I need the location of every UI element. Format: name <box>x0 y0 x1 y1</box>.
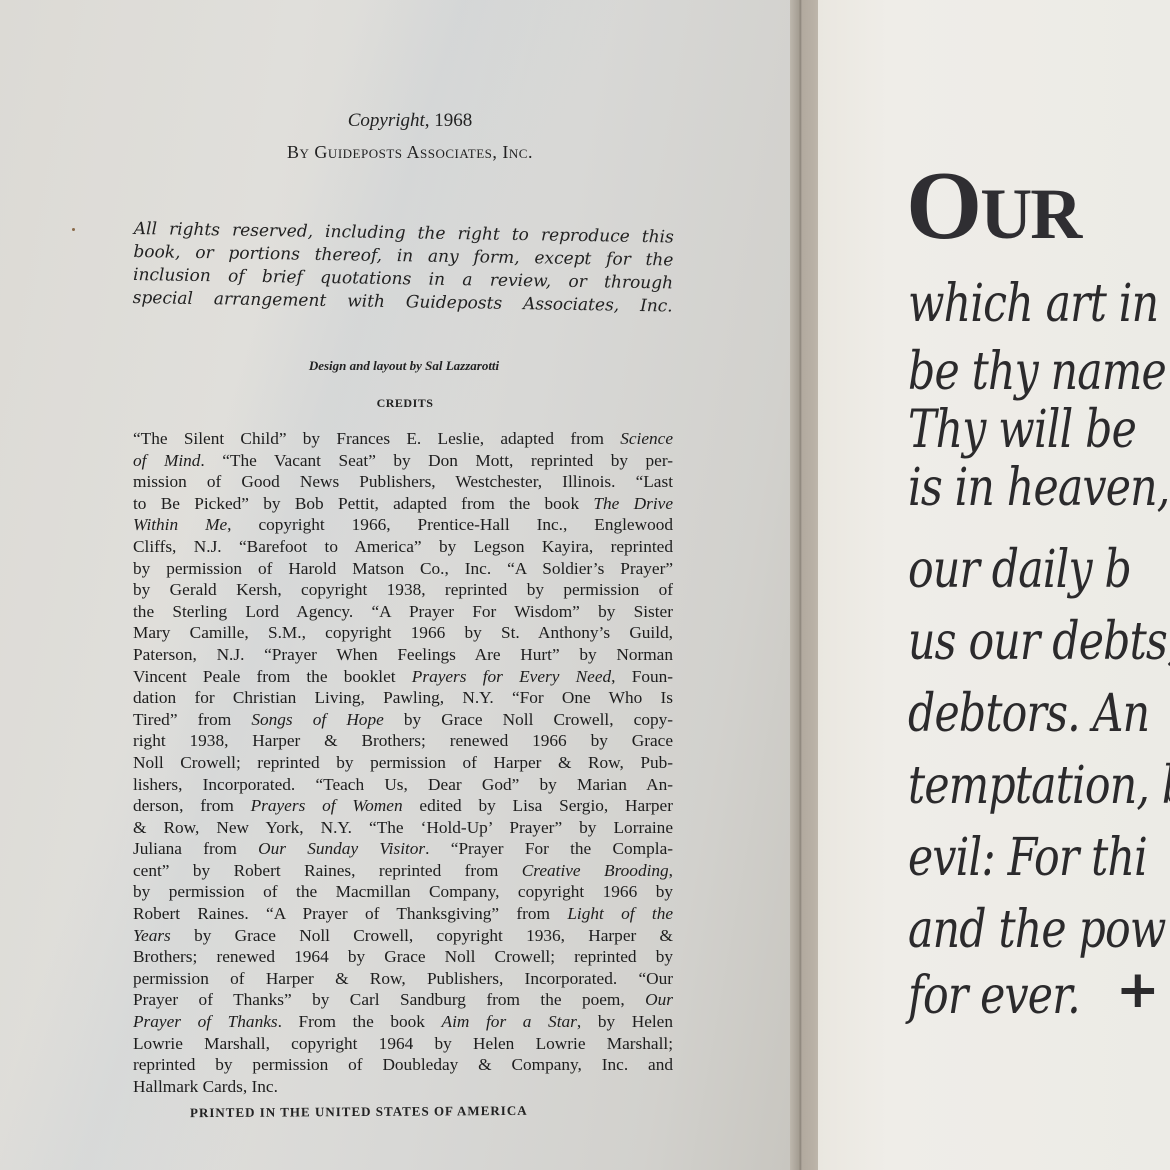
italic-title: Our Sunday Visitor <box>258 839 425 858</box>
publisher-line: By Guideposts Associates, Inc. <box>0 142 790 163</box>
credits-line: Tired” from Songs of Hope by Grace Noll … <box>133 709 673 731</box>
credits-line: lishers, Incorporated. “Teach Us, Dear G… <box>133 774 673 796</box>
copyright-year: , 1968 <box>425 110 473 131</box>
italic-title: Aim for a Star <box>442 1012 577 1031</box>
prayer-line: our daily b <box>908 540 1131 600</box>
italic-title: Within Me <box>133 515 227 534</box>
credits-line: permission of Harper & Row, Publishers, … <box>133 968 673 990</box>
prayer-line: temptation, b <box>908 756 1170 816</box>
credits-line: right 1938, Harper & Brothers; renewed 1… <box>133 730 673 752</box>
credits-line: reprinted by permission of Doubleday & C… <box>133 1054 673 1076</box>
credits-line: Hallmark Cards, Inc. <box>133 1076 673 1098</box>
credits-heading: CREDITS <box>0 396 790 411</box>
credits-line: & Row, New York, N.Y. “The ‘Hold-Up’ Pra… <box>133 817 673 839</box>
credits-line: Years by Grace Noll Crowell, copyright 1… <box>133 925 673 947</box>
prayer-line: for ever. <box>908 966 1080 1026</box>
italic-title: Our <box>645 990 673 1009</box>
credits-line: by permission of Harold Matson Co., Inc.… <box>133 558 673 580</box>
prayer-line: and the pow <box>908 900 1166 960</box>
title-rest: UR <box>980 174 1080 254</box>
right-page: OUR which art in be thy name Thy will be… <box>818 0 1170 1170</box>
credits-line: Paterson, N.J. “Prayer When Feelings Are… <box>133 644 673 666</box>
credits-line: Cliffs, N.J. “Barefoot to America” by Le… <box>133 536 673 558</box>
italic-title: The Drive <box>593 494 673 513</box>
credits-line: dation for Christian Living, Pawling, N.… <box>133 687 673 709</box>
italic-title: Science <box>620 429 673 448</box>
rights-reserved-paragraph: All rights reserved, including the right… <box>133 218 674 318</box>
credits-line: mission of Good News Publishers, Westche… <box>133 471 673 493</box>
cross-ornament-icon: + <box>1116 960 1160 1020</box>
copyright-line: Copyright, 1968 <box>0 110 790 132</box>
credits-line: by Gerald Kersh, copyright 1938, reprint… <box>133 579 673 601</box>
italic-title: Years <box>133 926 171 945</box>
prayer-line: debtors. An <box>908 684 1149 744</box>
left-page: Copyright, 1968 By Guideposts Associates… <box>0 0 790 1170</box>
credits-line: Vincent Peale from the booklet Prayers f… <box>133 666 673 688</box>
paper-speck <box>72 228 75 231</box>
credits-line: Lowrie Marshall, copyright 1964 by Helen… <box>133 1033 673 1055</box>
italic-title: Prayers for Every Need <box>412 667 611 686</box>
credits-line: Juliana from Our Sunday Visitor. “Prayer… <box>133 838 673 860</box>
credits-line: Noll Crowell; reprinted by permission of… <box>133 752 673 774</box>
prayer-title: OUR <box>906 150 1080 262</box>
prayer-line: Thy will be <box>908 400 1136 460</box>
credits-line: Mary Camille, S.M., copyright 1966 by St… <box>133 622 673 644</box>
credits-line: the Sterling Lord Agency. “A Prayer For … <box>133 601 673 623</box>
printed-notice: PRINTED IN THE UNITED STATES OF AMERICA <box>190 1103 528 1121</box>
copyright-label: Copyright <box>348 110 425 131</box>
credits-line: “The Silent Child” by Frances E. Leslie,… <box>133 428 673 450</box>
prayer-line: evil: For thi <box>908 828 1147 888</box>
title-initial: O <box>906 152 980 260</box>
prayer-line: us our debts, <box>908 612 1170 672</box>
credits-line: derson, from Prayers of Women edited by … <box>133 795 673 817</box>
italic-title: Prayers of Women <box>251 796 403 815</box>
credits-line: Prayer of Thanks” by Carl Sandburg from … <box>133 989 673 1011</box>
italic-title: Prayer of Thanks <box>133 1012 278 1031</box>
prayer-line: be thy name <box>908 342 1166 402</box>
credits-paragraph: “The Silent Child” by Frances E. Leslie,… <box>133 428 673 1097</box>
credits-line: Brothers; renewed 1964 by Grace Noll Cro… <box>133 946 673 968</box>
prayer-line: is in heaven, <box>908 458 1170 518</box>
credits-line: of Mind. “The Vacant Seat” by Don Mott, … <box>133 450 673 472</box>
credits-line: Prayer of Thanks. From the book Aim for … <box>133 1011 673 1033</box>
credits-line: Robert Raines. “A Prayer of Thanksgiving… <box>133 903 673 925</box>
credits-line: Within Me, copyright 1966, Prentice-Hall… <box>133 514 673 536</box>
credits-line: by permission of the Macmillan Company, … <box>133 881 673 903</box>
credits-line: cent” by Robert Raines, reprinted from C… <box>133 860 673 882</box>
design-credit: Design and layout by Sal Lazzarotti <box>0 358 790 374</box>
prayer-line: which art in <box>908 274 1158 334</box>
italic-title: Creative Brooding <box>522 861 669 880</box>
credits-line: to Be Picked” by Bob Pettit, adapted fro… <box>133 493 673 515</box>
italic-title: Light of the <box>567 904 673 923</box>
italic-title: of Mind <box>133 451 200 470</box>
italic-title: Songs of Hope <box>251 710 383 729</box>
